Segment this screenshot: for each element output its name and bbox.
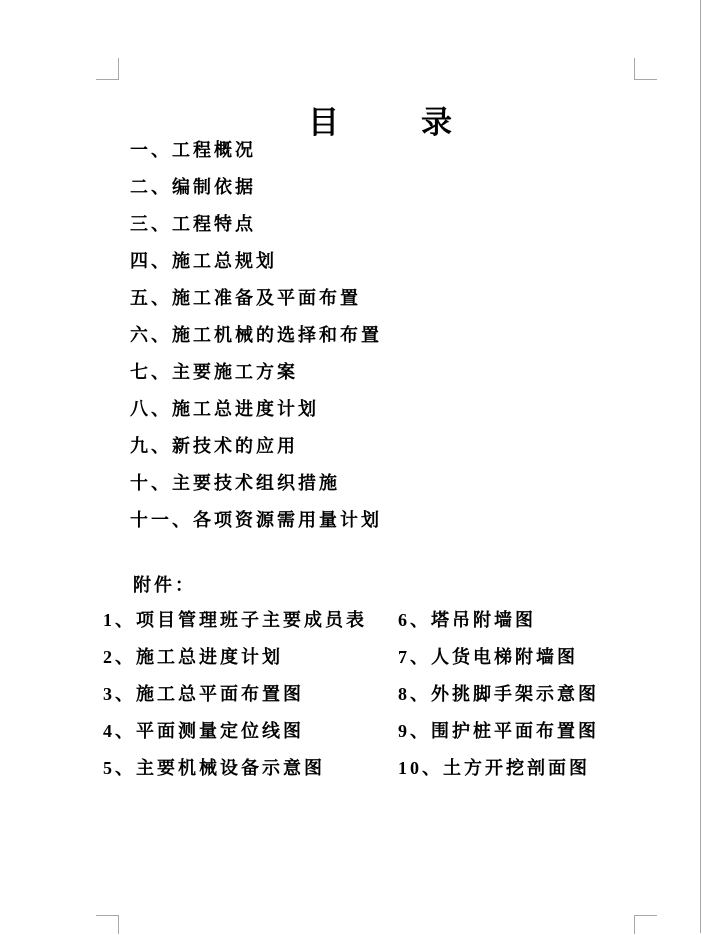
attachment-item-10: 10、土方开挖剖面图: [398, 750, 599, 787]
attachment-item-1: 1、项目管理班子主要成员表: [103, 602, 367, 639]
attachments-right-column: 6、塔吊附墙图 7、人货电梯附墙图 8、外挑脚手架示意图 9、围护桩平面布置图 …: [398, 602, 599, 787]
attachments-heading: 附件：: [133, 573, 196, 597]
attachment-item-2: 2、施工总进度计划: [103, 639, 367, 676]
toc-item-5: 五、施工准备及平面布置: [130, 280, 382, 317]
page-right-edge-line: [700, 0, 701, 933]
toc-item-11: 十一、各项资源需用量计划: [130, 502, 382, 539]
text-boundary-mark-bottom-right: [634, 915, 657, 934]
toc-item-4: 四、施工总规划: [130, 243, 382, 280]
attachment-item-5: 5、主要机械设备示意图: [103, 750, 367, 787]
text-boundary-mark-top-left: [96, 58, 119, 80]
toc-item-8: 八、施工总进度计划: [130, 391, 382, 428]
page-title-char-right: 录: [421, 105, 452, 141]
attachment-item-3: 3、施工总平面布置图: [103, 676, 367, 713]
toc-item-10: 十、主要技术组织措施: [130, 465, 382, 502]
attachment-item-7: 7、人货电梯附墙图: [398, 639, 599, 676]
toc-item-9: 九、新技术的应用: [130, 428, 382, 465]
toc-item-1: 一、工程概况: [130, 132, 382, 169]
toc-item-2: 二、编制依据: [130, 169, 382, 206]
toc-list: 一、工程概况 二、编制依据 三、工程特点 四、施工总规划 五、施工准备及平面布置…: [130, 132, 382, 539]
toc-item-3: 三、工程特点: [130, 206, 382, 243]
attachment-item-8: 8、外挑脚手架示意图: [398, 676, 599, 713]
attachments-left-column: 1、项目管理班子主要成员表 2、施工总进度计划 3、施工总平面布置图 4、平面测…: [103, 602, 367, 787]
toc-item-7: 七、主要施工方案: [130, 354, 382, 391]
toc-item-6: 六、施工机械的选择和布置: [130, 317, 382, 354]
attachment-item-6: 6、塔吊附墙图: [398, 602, 599, 639]
document-page: 目 录 一、工程概况 二、编制依据 三、工程特点 四、施工总规划 五、施工准备及…: [0, 0, 703, 935]
text-boundary-mark-top-right: [634, 58, 657, 80]
text-boundary-mark-bottom-left: [96, 915, 119, 934]
attachment-item-9: 9、围护桩平面布置图: [398, 713, 599, 750]
attachment-item-4: 4、平面测量定位线图: [103, 713, 367, 750]
